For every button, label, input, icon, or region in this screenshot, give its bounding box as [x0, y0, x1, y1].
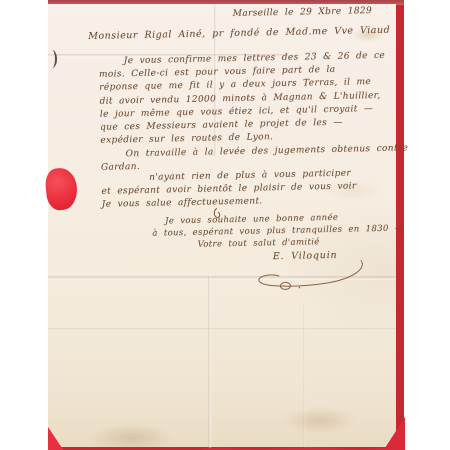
handwriting-layer: Marseille le 29 Xbre 1829 Monsieur Rigal… — [45, 0, 402, 448]
body-line: expédier sur les routes de Lyon. — [100, 132, 273, 147]
letter-paper: Marseille le 29 Xbre 1829 Monsieur Rigal… — [48, 4, 396, 447]
signature-paraph — [249, 258, 370, 295]
body-line: Je vous salue affectueusement. — [102, 196, 263, 210]
body-line: On travaille à la levée des jugements ob… — [126, 143, 409, 160]
dateline: Marseille le 29 Xbre 1829 — [233, 6, 373, 20]
body-line: Gardan. — [101, 162, 140, 174]
letter-photo: Marseille le 29 Xbre 1829 Monsieur Rigal… — [48, 0, 404, 450]
closing-line: Votre tout salut d'amitié — [197, 237, 319, 251]
address-line: Monsieur Rigal Ainé, pr fondé de Mad.me … — [88, 25, 390, 42]
body-line: et espérant avoir bientôt le plaisir de … — [101, 181, 356, 197]
product-photo-canvas: Marseille le 29 Xbre 1829 Monsieur Rigal… — [0, 0, 450, 450]
body-line: Je vous confirme mes lettres des 23 & 26… — [124, 51, 386, 67]
body-line: que ces Messieurs avaient le projet de l… — [100, 118, 343, 134]
